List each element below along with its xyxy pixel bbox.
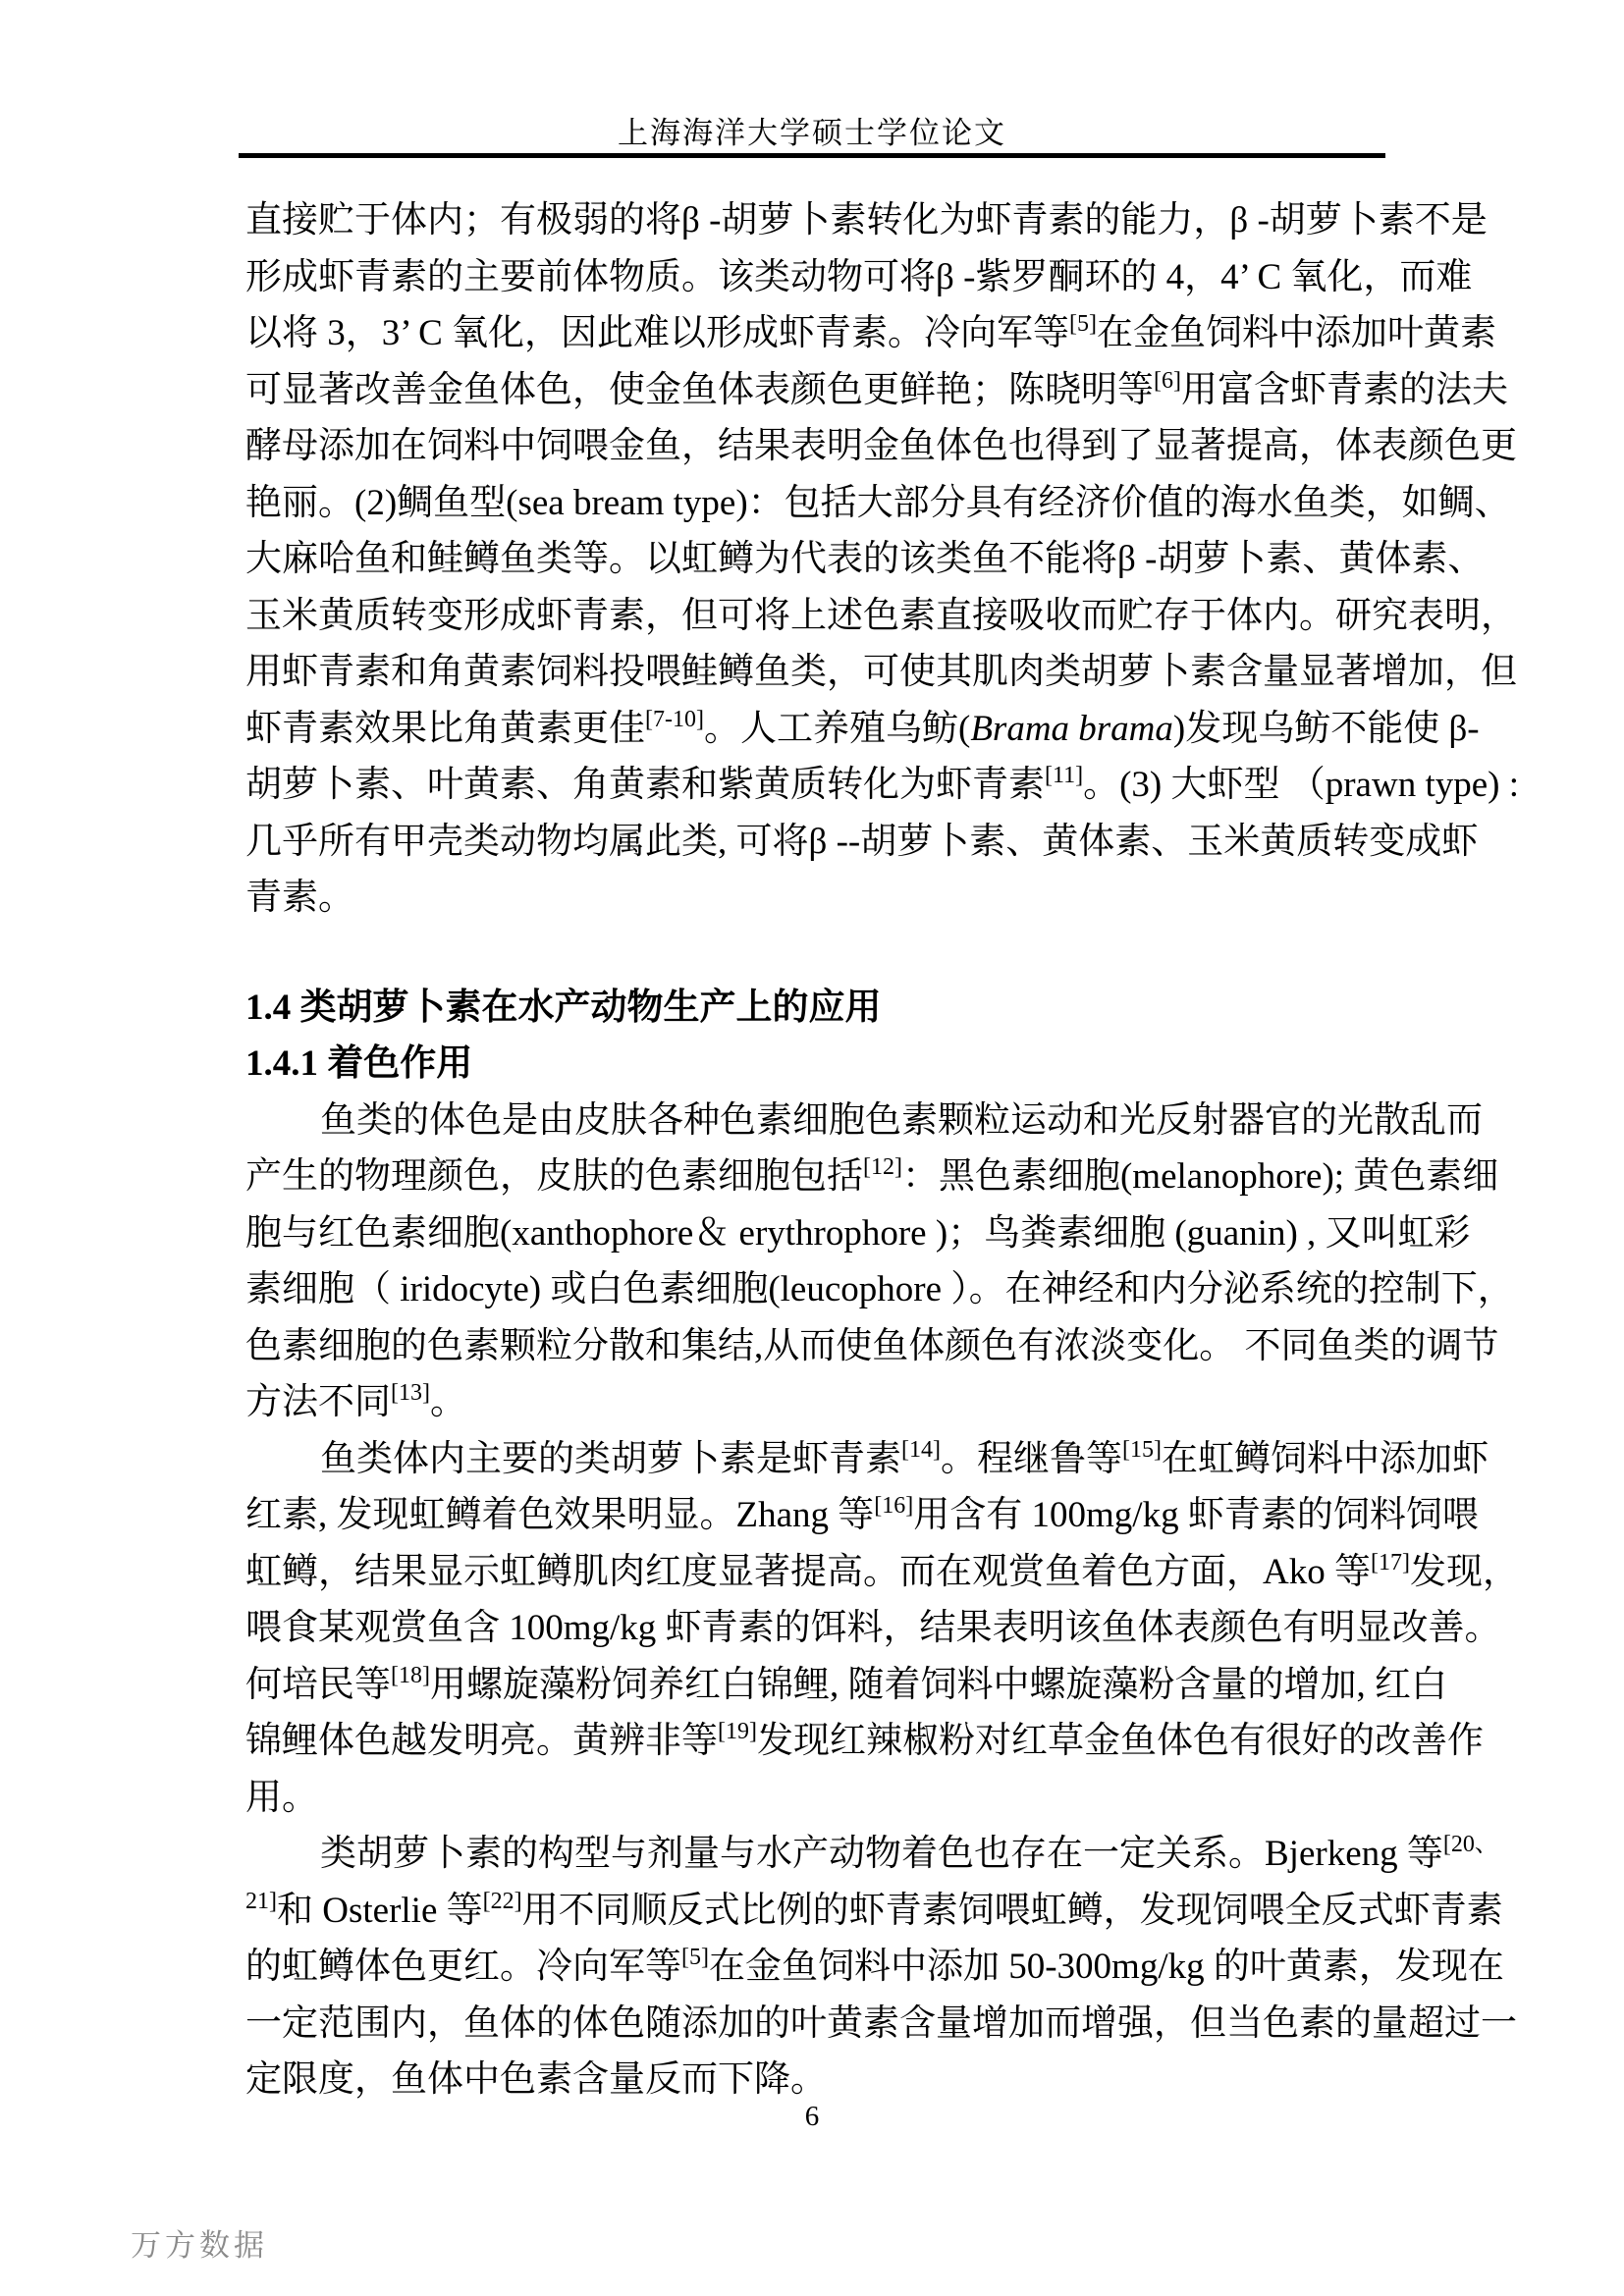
species-name-italic: Brama brama xyxy=(970,709,1173,749)
text-line: 红素, 发现虹鳟着色效果明显。Zhang 等[16]用含有 100mg/kg 虾… xyxy=(245,1487,1390,1544)
citation-superscript: [17] xyxy=(1371,1550,1410,1575)
text-segment: 直接贮于体内；有极弱的将β -胡萝卜素转化为虾青素的能力，β -胡萝卜素不是 xyxy=(245,200,1488,240)
text-segment: 青素。 xyxy=(245,878,354,918)
text-segment: 几乎所有甲壳类动物均属此类, 可将β --胡萝卜素、黄体素、玉米黄质转变成虾 xyxy=(245,822,1478,862)
citation-superscript: [7-10] xyxy=(645,707,704,732)
text-line: 胞与红色素细胞(xanthophore＆ erythrophore )；鸟粪素细… xyxy=(245,1205,1390,1262)
thesis-page: 上海海洋大学硕士学位论文 直接贮于体内；有极弱的将β -胡萝卜素转化为虾青素的能… xyxy=(0,0,1624,2296)
section-heading-1-4: 1.4 类胡萝卜素在水产动物生产上的应用 xyxy=(245,980,1390,1037)
text-segment: ：黑色素细胞(melanophore); 黄色素细 xyxy=(902,1156,1498,1197)
text-segment: 大麻哈鱼和鲑鳟鱼类等。以虹鳟为代表的该类鱼不能将β -胡萝卜素、黄体素、 xyxy=(245,539,1484,579)
section-heading-1-4-1: 1.4.1 着色作用 xyxy=(245,1036,1390,1093)
text-line: 用。 xyxy=(245,1770,1390,1827)
text-segment: )发现乌鲂不能使 β- xyxy=(1173,709,1480,749)
text-line: 锦鲤体色越发明亮。黄辨非等[19]发现红辣椒粉对红草金鱼体色有很好的改善作 xyxy=(245,1713,1390,1770)
text-line: 类胡萝卜素的构型与剂量与水产动物着色也存在一定关系。Bjerkeng 等[20、 xyxy=(245,1826,1390,1883)
text-segment: 艳丽。(2)鲷鱼型(sea bream type)：包括大部分具有经济价值的海水… xyxy=(245,483,1511,523)
text-segment: 。(3) 大虾型 （prawn type) : xyxy=(1083,765,1519,805)
text-segment: 在金鱼饲料中添加 50-300mg/kg 的叶黄素，发现在 xyxy=(709,1947,1504,1987)
text-line: 21]和 Osterlie 等[22]用不同顺反式比例的虾青素饲喂虹鳟，发现饲喂… xyxy=(245,1883,1390,1940)
text-segment: 鱼类体内主要的类胡萝卜素是虾青素 xyxy=(320,1439,901,1479)
text-segment: 素细胞（ iridocyte) 或白色素细胞(leucophore ）。在神经和… xyxy=(245,1269,1514,1309)
text-segment: 。程继鲁等 xyxy=(941,1439,1122,1479)
text-line: 可显著改善金鱼体色，使金鱼体表颜色更鲜艳；陈晓明等[6]用富含虾青素的法夫 xyxy=(245,362,1390,419)
text-line: 几乎所有甲壳类动物均属此类, 可将β --胡萝卜素、黄体素、玉米黄质转变成虾 xyxy=(245,814,1390,871)
text-line: 定限度，鱼体中色素含量反而下降。 xyxy=(245,2052,1390,2109)
text-segment: 虹鳟，结果显示虹鳟肌肉红度显著提高。而在观赏鱼着色方面，Ako 等 xyxy=(245,1552,1371,1592)
text-segment: 定限度，鱼体中色素含量反而下降。 xyxy=(245,2059,827,2100)
text-segment: 形成虾青素的主要前体物质。该类动物可将β -紫罗酮环的 4，4’ C 氧化，而难 xyxy=(245,257,1472,297)
text-line: 喂食某观赏鱼含 100mg/kg 虾青素的饵料，结果表明该鱼体表颜色有明显改善。 xyxy=(245,1600,1390,1657)
para-carotenoid-fish-types: 直接贮于体内；有极弱的将β -胡萝卜素转化为虾青素的能力，β -胡萝卜素不是形成… xyxy=(245,192,1390,927)
text-line: 鱼类的体色是由皮肤各种色素细胞色素颗粒运动和光反射器官的光散乱而 xyxy=(245,1093,1390,1149)
para-carotenoid-configuration-dose: 类胡萝卜素的构型与剂量与水产动物着色也存在一定关系。Bjerkeng 等[20、… xyxy=(245,1826,1390,2109)
citation-superscript: [5] xyxy=(1069,311,1097,337)
citation-superscript: [19] xyxy=(718,1719,757,1744)
text-line: 用虾青素和角黄素饲料投喂鲑鳟鱼类，可使其肌肉类胡萝卜素含量显著增加，但 xyxy=(245,644,1390,701)
citation-superscript: [13] xyxy=(391,1380,430,1406)
text-line: 以将 3，3’ C 氧化，因此难以形成虾青素。冷向军等[5]在金鱼饲料中添加叶黄… xyxy=(245,305,1390,362)
citation-superscript: [14] xyxy=(901,1437,941,1463)
thesis-body: 直接贮于体内；有极弱的将β -胡萝卜素转化为虾青素的能力，β -胡萝卜素不是形成… xyxy=(245,192,1390,2109)
text-line: 何培民等[18]用螺旋藻粉饲养红白锦鲤, 随着饲料中螺旋藻粉含量的增加, 红白 xyxy=(245,1657,1390,1714)
citation-superscript: 21] xyxy=(245,1889,277,1914)
text-segment: 用。 xyxy=(245,1778,318,1818)
citation-superscript: [12] xyxy=(863,1154,902,1180)
text-segment: 用不同顺反式比例的虾青素饲喂虹鳟，发现饲喂全反式虾青素 xyxy=(522,1891,1503,1931)
header-rule xyxy=(239,153,1385,158)
text-segment: 喂食某观赏鱼含 100mg/kg 虾青素的饵料，结果表明该鱼体表颜色有明显改善。 xyxy=(245,1608,1501,1648)
text-segment: 类胡萝卜素的构型与剂量与水产动物着色也存在一定关系。Bjerkeng 等 xyxy=(320,1834,1443,1874)
citation-superscript: [20、 xyxy=(1443,1832,1498,1857)
citation-superscript: [22] xyxy=(483,1889,522,1914)
text-segment: 方法不同 xyxy=(245,1382,391,1422)
text-segment: 产生的物理颜色，皮肤的色素细胞包括 xyxy=(245,1156,863,1197)
text-segment: 用含有 100mg/kg 虾青素的饲料饲喂 xyxy=(913,1495,1479,1535)
text-line: 的虹鳟体色更红。冷向军等[5]在金鱼饲料中添加 50-300mg/kg 的叶黄素… xyxy=(245,1939,1390,1996)
text-line: 玉米黄质转变形成虾青素，但可将上述色素直接吸收而贮存于体内。研究表明， xyxy=(245,588,1390,645)
text-segment: 在金鱼饲料中添加叶黄素 xyxy=(1097,313,1496,353)
text-segment: 酵母添加在饲料中饲喂金鱼，结果表明金鱼体色也得到了显著提高，体表颜色更 xyxy=(245,426,1517,466)
text-segment: 胡萝卜素、叶黄素、角黄素和紫黄质转化为虾青素 xyxy=(245,765,1045,805)
text-segment: 和 Osterlie 等 xyxy=(277,1891,483,1931)
text-segment: 玉米黄质转变形成虾青素，但可将上述色素直接吸收而贮存于体内。研究表明， xyxy=(245,596,1517,636)
text-segment: 在虹鳟饲料中添加虾 xyxy=(1162,1439,1489,1479)
text-segment: 的虹鳟体色更红。冷向军等 xyxy=(245,1947,681,1987)
text-segment: 红素, 发现虹鳟着色效果明显。Zhang 等 xyxy=(245,1495,874,1535)
text-line: 鱼类体内主要的类胡萝卜素是虾青素[14]。程继鲁等[15]在虹鳟饲料中添加虾 xyxy=(245,1431,1390,1488)
citation-superscript: [18] xyxy=(391,1663,430,1688)
text-line: 酵母添加在饲料中饲喂金鱼，结果表明金鱼体色也得到了显著提高，体表颜色更 xyxy=(245,418,1390,475)
text-line: 虹鳟，结果显示虹鳟肌肉红度显著提高。而在观赏鱼着色方面，Ako 等[17]发现， xyxy=(245,1544,1390,1601)
page-header-title: 上海海洋大学硕士学位论文 xyxy=(0,108,1624,152)
text-segment: 发现， xyxy=(1410,1552,1519,1592)
text-segment: 发现红辣椒粉对红草金鱼体色有很好的改善作 xyxy=(757,1721,1484,1761)
text-segment: 锦鲤体色越发明亮。黄辨非等 xyxy=(245,1721,718,1761)
citation-superscript: [5] xyxy=(681,1945,709,1970)
text-line: 虾青素效果比角黄素更佳[7-10]。人工养殖乌鲂(Brama brama)发现乌… xyxy=(245,701,1390,758)
text-line: 形成虾青素的主要前体物质。该类动物可将β -紫罗酮环的 4，4’ C 氧化，而难 xyxy=(245,249,1390,306)
text-segment: 虾青素效果比角黄素更佳 xyxy=(245,709,645,749)
text-line: 胡萝卜素、叶黄素、角黄素和紫黄质转化为虾青素[11]。(3) 大虾型 （praw… xyxy=(245,757,1390,814)
text-segment: 用虾青素和角黄素饲料投喂鲑鳟鱼类，可使其肌肉类胡萝卜素含量显著增加，但 xyxy=(245,652,1517,692)
wanfang-watermark: 万方数据 xyxy=(131,2220,268,2265)
text-line: 色素细胞的色素颗粒分散和集结,从而使鱼体颜色有浓淡变化。 不同鱼类的调节 xyxy=(245,1318,1390,1375)
citation-superscript: [16] xyxy=(874,1493,913,1519)
text-line: 产生的物理颜色，皮肤的色素细胞包括[12]：黑色素细胞(melanophore)… xyxy=(245,1148,1390,1205)
citation-superscript: [6] xyxy=(1154,368,1181,394)
text-line: 素细胞（ iridocyte) 或白色素细胞(leucophore ）。在神经和… xyxy=(245,1261,1390,1318)
text-line: 艳丽。(2)鲷鱼型(sea bream type)：包括大部分具有经济价值的海水… xyxy=(245,475,1390,532)
para-fish-body-color: 鱼类的体色是由皮肤各种色素细胞色素颗粒运动和光反射器官的光散乱而产生的物理颜色，… xyxy=(245,1093,1390,1431)
text-line: 大麻哈鱼和鲑鳟鱼类等。以虹鳟为代表的该类鱼不能将β -胡萝卜素、黄体素、 xyxy=(245,531,1390,588)
text-line: 直接贮于体内；有极弱的将β -胡萝卜素转化为虾青素的能力，β -胡萝卜素不是 xyxy=(245,192,1390,249)
text-line: 一定范围内，鱼体的体色随添加的叶黄素含量增加而增强，但当色素的量超过一 xyxy=(245,1996,1390,2053)
citation-superscript: [15] xyxy=(1122,1437,1162,1463)
text-segment: 一定范围内，鱼体的体色随添加的叶黄素含量增加而增强，但当色素的量超过一 xyxy=(245,2003,1517,2044)
text-line: 青素。 xyxy=(245,870,1390,927)
text-segment: 可显著改善金鱼体色，使金鱼体表颜色更鲜艳；陈晓明等 xyxy=(245,370,1154,410)
para-astaxanthin-coloring: 鱼类体内主要的类胡萝卜素是虾青素[14]。程继鲁等[15]在虹鳟饲料中添加虾红素… xyxy=(245,1431,1390,1827)
text-segment: 胞与红色素细胞(xanthophore＆ erythrophore )；鸟粪素细… xyxy=(245,1213,1471,1254)
page-number: 6 xyxy=(0,2101,1624,2133)
citation-superscript: [11] xyxy=(1045,763,1083,788)
text-segment: 。 xyxy=(430,1382,466,1422)
text-segment: 用富含虾青素的法夫 xyxy=(1181,370,1508,410)
text-segment: 何培民等 xyxy=(245,1665,391,1705)
text-segment: 以将 3，3’ C 氧化，因此难以形成虾青素。冷向军等 xyxy=(245,313,1069,353)
text-segment: 。人工养殖乌鲂( xyxy=(704,709,970,749)
text-segment: 鱼类的体色是由皮肤各种色素细胞色素颗粒运动和光反射器官的光散乱而 xyxy=(320,1100,1483,1141)
text-segment: 色素细胞的色素颗粒分散和集结,从而使鱼体颜色有浓淡变化。 不同鱼类的调节 xyxy=(245,1326,1499,1366)
text-segment: 用螺旋藻粉饲养红白锦鲤, 随着饲料中螺旋藻粉含量的增加, 红白 xyxy=(430,1665,1447,1705)
text-line: 方法不同[13]。 xyxy=(245,1374,1390,1431)
